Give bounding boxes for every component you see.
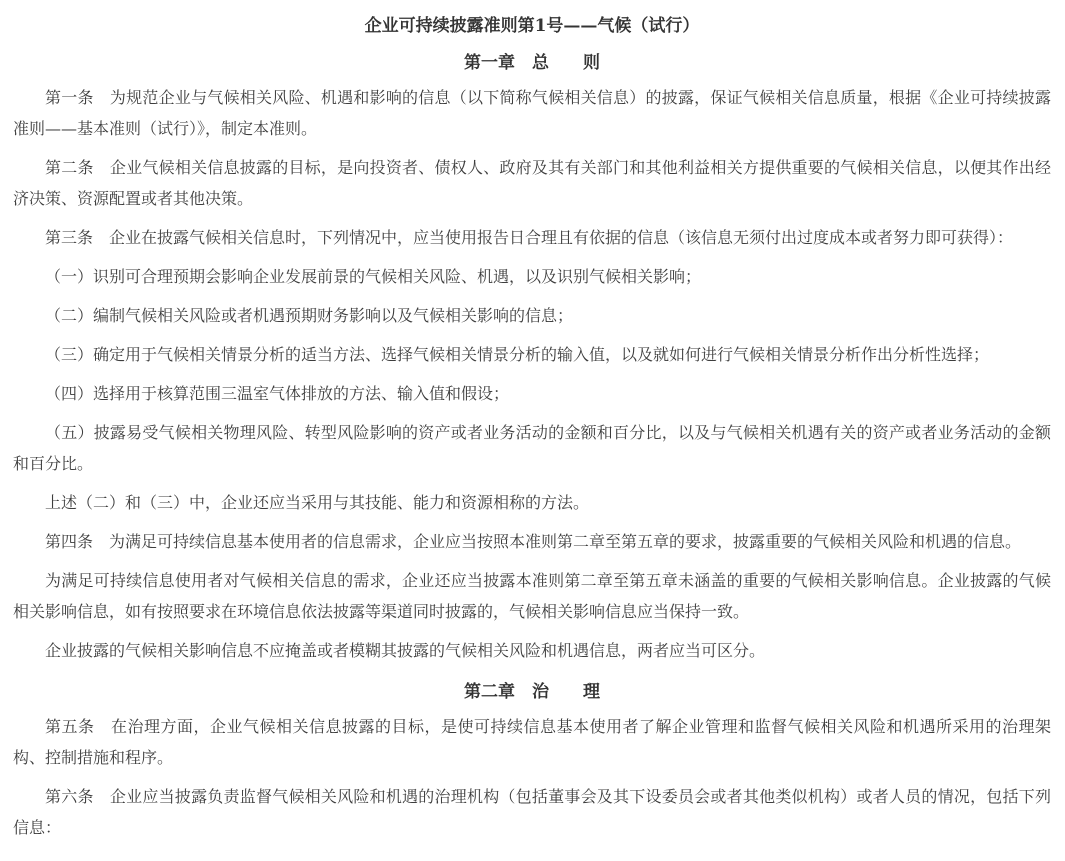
article-3-item-5: （五）披露易受气候相关物理风险、转型风险影响的资产或者业务活动的金额和百分比，以… <box>13 417 1051 479</box>
chapter-1-heading: 第一章 总 则 <box>13 52 1051 74</box>
document-page: 企业可持续披露准则第1号——气候（试行） 第一章 总 则 第一条 为规范企业与气… <box>0 0 1065 861</box>
article-3-item-1: （一）识别可合理预期会影响企业发展前景的气候相关风险、机遇，以及识别气候相关影响… <box>13 261 1051 292</box>
article-6-paragraph: 第六条 企业应当披露负责监督气候相关风险和机遇的治理机构（包括董事会及其下设委员… <box>13 781 1051 843</box>
article-4-paragraph-3: 企业披露的气候相关影响信息不应掩盖或者模糊其披露的气候相关风险和机遇信息，两者应… <box>13 635 1051 666</box>
article-1-paragraph: 第一条 为规范企业与气候相关风险、机遇和影响的信息（以下简称气候相关信息）的披露… <box>13 82 1051 144</box>
article-2-paragraph: 第二条 企业气候相关信息披露的目标，是向投资者、债权人、政府及其有关部门和其他利… <box>13 152 1051 214</box>
article-3-paragraph: 第三条 企业在披露气候相关信息时，下列情况中，应当使用报告日合理且有依据的信息（… <box>13 222 1051 253</box>
article-4-paragraph-2: 为满足可持续信息使用者对气候相关信息的需求，企业还应当披露本准则第二章至第五章未… <box>13 565 1051 627</box>
article-3-item-3: （三）确定用于气候相关情景分析的适当方法、选择气候相关情景分析的输入值，以及就如… <box>13 339 1051 370</box>
article-3-item-4: （四）选择用于核算范围三温室气体排放的方法、输入值和假设； <box>13 378 1051 409</box>
chapter-2-heading: 第二章 治 理 <box>13 681 1051 703</box>
article-3-item-2: （二）编制气候相关风险或者机遇预期财务影响以及气候相关影响的信息； <box>13 300 1051 331</box>
document-title: 企业可持续披露准则第1号——气候（试行） <box>13 15 1051 37</box>
article-3-closing-paragraph: 上述（二）和（三）中，企业还应当采用与其技能、能力和资源相称的方法。 <box>13 487 1051 518</box>
article-4-paragraph: 第四条 为满足可持续信息基本使用者的信息需求，企业应当按照本准则第二章至第五章的… <box>13 526 1051 557</box>
article-5-paragraph: 第五条 在治理方面，企业气候相关信息披露的目标，是使可持续信息基本使用者了解企业… <box>13 711 1051 773</box>
